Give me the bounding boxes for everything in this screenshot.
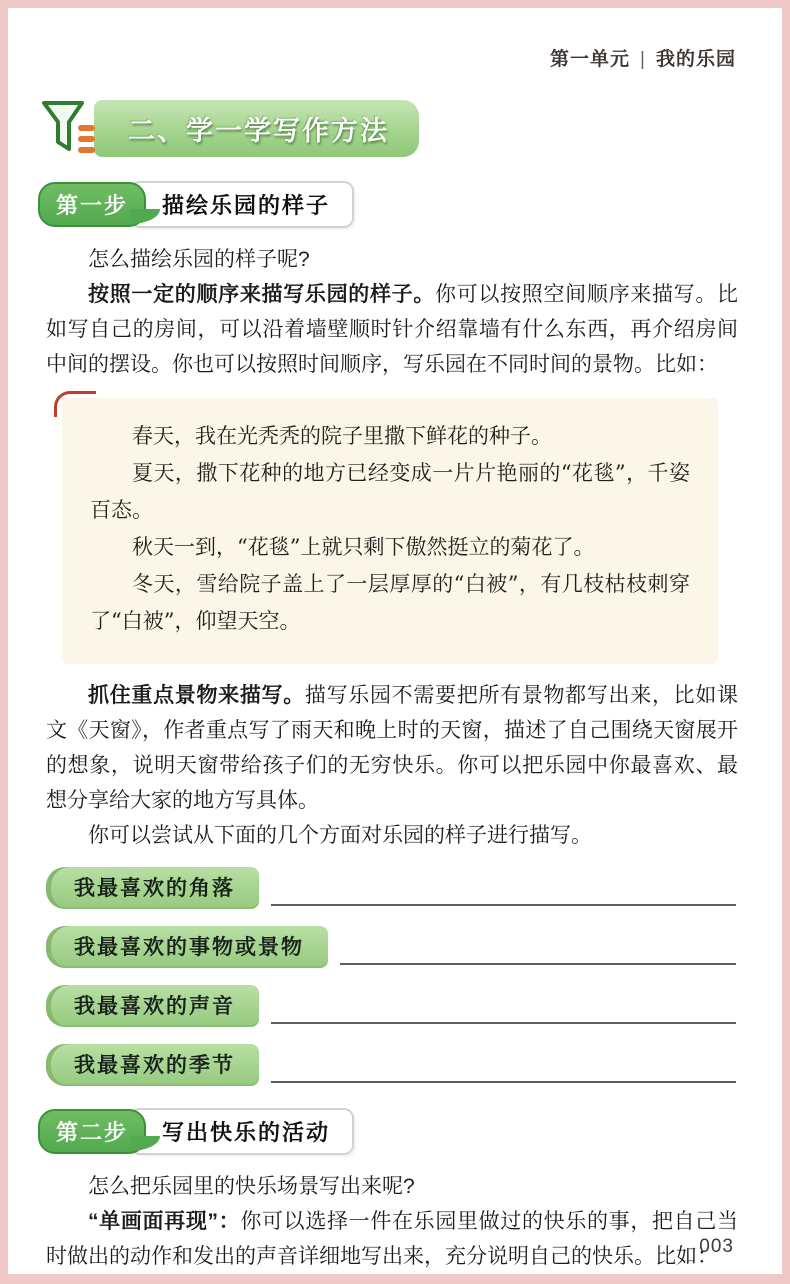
- prompt-row-sound: 我最喜欢的声音: [46, 985, 738, 1027]
- section-banner: 二、学一学写作方法: [94, 100, 419, 157]
- step1-content: 怎么描绘乐园的样子呢? 按照一定的顺序来描写乐园的样子。你可以按照空间顺序来描写…: [8, 242, 782, 1086]
- funnel-icon: [38, 97, 100, 159]
- step1-badge: 第一步: [38, 182, 146, 227]
- answer-line-sound: [271, 994, 736, 1024]
- step2-title: 写出快乐的活动: [130, 1108, 354, 1155]
- prompt-pill-corner: 我最喜欢的角落: [46, 867, 259, 909]
- step2-badge: 第二步: [38, 1109, 146, 1154]
- step1-paragraph-order: 按照一定的顺序来描写乐园的样子。你可以按照空间顺序来描写。比如写自己的房间，可以…: [46, 277, 738, 382]
- step1-paragraph-focus: 抓住重点景物来描写。描写乐园不需要把所有景物都写出来，比如课文《天窗》，作者重点…: [46, 678, 738, 818]
- step1-title: 描绘乐园的样子: [130, 181, 354, 228]
- example-line-autumn: 秋天一到，“花毯”上就只剩下傲然挺立的菊花了。: [90, 529, 690, 566]
- example-line-summer: 夏天，撒下花种的地方已经变成一片片艳丽的“花毯”，千姿百态。: [90, 455, 690, 529]
- answer-line-season: [271, 1053, 736, 1083]
- answer-line-corner: [271, 876, 736, 906]
- book-page: 第一单元|我的乐园 二、学一学写作方法 第一步 描绘乐园的样子 怎么描绘乐园的样…: [8, 8, 782, 1274]
- step1-paragraph-order-lead: 按照一定的顺序来描写乐园的样子。: [88, 283, 435, 306]
- step2-question: 怎么把乐园里的快乐场景写出来呢?: [46, 1169, 738, 1204]
- step1-paragraph-focus-lead: 抓住重点景物来描写。: [88, 684, 305, 707]
- header-book-title: 我的乐园: [656, 49, 736, 70]
- step2-heading: 第二步 写出快乐的活动: [38, 1108, 782, 1155]
- page-number: 003: [699, 1236, 734, 1258]
- section-banner-row: 二、学一学写作方法: [38, 97, 782, 159]
- step2-paragraph-scene: “单画面再现”：你可以选择一件在乐园里做过的快乐的事，把自己当时做出的动作和发出…: [46, 1204, 738, 1274]
- step2-paragraph-scene-lead: “单画面再现”：: [88, 1210, 240, 1233]
- prompt-list: 我最喜欢的角落 我最喜欢的事物或景物 我最喜欢的声音 我最喜欢的季节: [46, 867, 738, 1086]
- prompt-pill-things: 我最喜欢的事物或景物: [46, 926, 328, 968]
- step1-heading: 第一步 描绘乐园的样子: [38, 181, 782, 228]
- header-unit: 第一单元: [550, 49, 630, 70]
- step1-try-prompt: 你可以尝试从下面的几个方面对乐园的样子进行描写。: [46, 818, 738, 853]
- prompt-row-season: 我最喜欢的季节: [46, 1044, 738, 1086]
- step1-question: 怎么描绘乐园的样子呢?: [46, 242, 738, 277]
- header-separator: |: [640, 49, 646, 70]
- prompt-pill-sound: 我最喜欢的声音: [46, 985, 259, 1027]
- answer-line-things: [340, 935, 736, 965]
- prompt-pill-season: 我最喜欢的季节: [46, 1044, 259, 1086]
- prompt-row-things: 我最喜欢的事物或景物: [46, 926, 738, 968]
- prompt-row-corner: 我最喜欢的角落: [46, 867, 738, 909]
- section-banner-title: 二、学一学写作方法: [128, 116, 389, 146]
- example-line-spring: 春天，我在光秃秃的院子里撒下鲜花的种子。: [90, 418, 690, 455]
- quote-corner-icon: [54, 391, 96, 417]
- step2-content: 怎么把乐园里的快乐场景写出来呢? “单画面再现”：你可以选择一件在乐园里做过的快…: [8, 1169, 782, 1274]
- example-box: 春天，我在光秃秃的院子里撒下鲜花的种子。 夏天，撒下花种的地方已经变成一片片艳丽…: [62, 398, 718, 664]
- page-header: 第一单元|我的乐园: [8, 8, 782, 71]
- example-line-winter: 冬天，雪给院子盖上了一层厚厚的“白被”，有几枝枯枝刺穿了“白被”，仰望天空。: [90, 566, 690, 640]
